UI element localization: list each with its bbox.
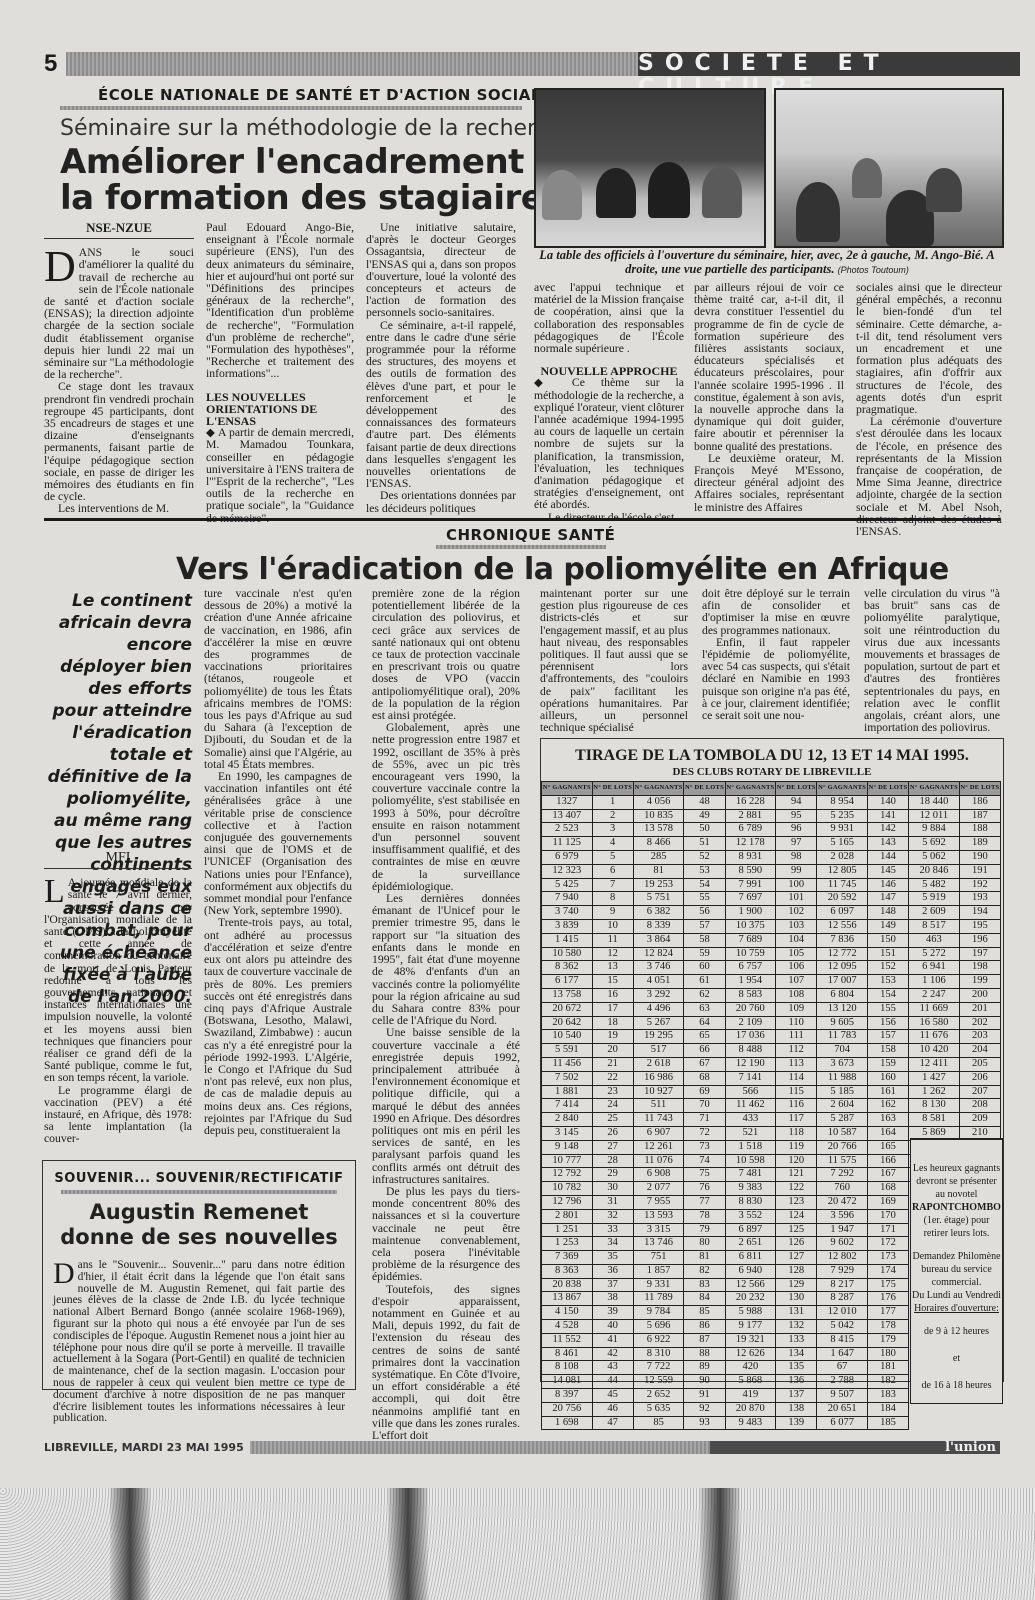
lot-number-cell: 55	[684, 892, 725, 906]
scan-artifact	[700, 1488, 740, 1600]
lot-number-cell: 66	[684, 1044, 725, 1058]
winning-number-cell: 420	[725, 1361, 776, 1375]
winning-number-cell: 2 604	[817, 1099, 868, 1113]
lot-number-cell: 30	[592, 1182, 633, 1196]
lot-number-cell: 132	[776, 1320, 817, 1334]
winning-number-cell: 517	[633, 1044, 684, 1058]
winning-number-cell: 419	[725, 1389, 776, 1403]
lot-number-cell: 62	[684, 988, 725, 1002]
lot-number-cell: 97	[776, 837, 817, 851]
winning-number-cell: 6 811	[725, 1251, 776, 1265]
paragraph: Trente-trois pays, au total, ont adhéré …	[204, 917, 352, 1137]
table-row: 7 5022216 986687 14111411 9881601 427206	[542, 1071, 1001, 1085]
lot-number-cell: 91	[684, 1389, 725, 1403]
lot-number-cell: 155	[867, 1002, 908, 1016]
lot-number-cell: 51	[684, 837, 725, 851]
column-header: N° DE LOTS	[684, 782, 725, 796]
lot-number-cell: 98	[776, 850, 817, 864]
lot-number-cell: 127	[776, 1251, 817, 1265]
column-header: N° DE LOTS	[867, 782, 908, 796]
lot-number-cell: 198	[959, 961, 1000, 975]
lot-number-cell: 76	[684, 1182, 725, 1196]
winning-number-cell: 12 566	[725, 1278, 776, 1292]
winning-number-cell: 5 751	[633, 892, 684, 906]
winning-number-cell: 20 846	[909, 864, 960, 878]
scan-artifact	[110, 1488, 150, 1600]
lot-number-cell: 116	[776, 1099, 817, 1113]
winning-number-cell: 10 580	[542, 947, 593, 961]
footer-banner: LIBREVILLE, MARDI 23 MAI 1995 l'union	[44, 1441, 1000, 1454]
lot-number-cell: 17	[592, 1002, 633, 1016]
masthead-logo: l'union	[945, 1440, 996, 1455]
lot-number-cell: 209	[959, 1113, 1000, 1127]
winning-number-cell: 20 651	[817, 1402, 868, 1416]
winning-number-cell: 8 130	[909, 1099, 960, 1113]
lot-number-cell: 53	[684, 864, 725, 878]
lot-number-cell: 139	[776, 1416, 817, 1430]
winning-number-cell: 85	[633, 1416, 684, 1430]
column-header: N° GAGNANTS	[909, 782, 960, 796]
winning-number-cell: 8 415	[817, 1333, 868, 1347]
paragraph: ◆ Ce thème sur la méthodologie de la rec…	[534, 377, 684, 511]
winning-number-cell: 8 581	[909, 1113, 960, 1127]
dropcap: L	[44, 879, 65, 905]
lot-number-cell: 1	[592, 795, 633, 809]
lot-number-cell: 82	[684, 1264, 725, 1278]
column-header: N° DE LOTS	[959, 782, 1000, 796]
lot-number-cell: 42	[592, 1347, 633, 1361]
lot-number-cell: 181	[867, 1361, 908, 1375]
winning-number-cell: 11 456	[542, 1057, 593, 1071]
lot-number-cell: 23	[592, 1085, 633, 1099]
article1-subtitle: Séminaire sur la méthodologie de la rech…	[60, 116, 575, 141]
lot-number-cell: 95	[776, 809, 817, 823]
article1-column-6: sociales ainsi que le directeur général …	[856, 282, 1002, 538]
paragraph: Le deuxième orateur, M. François Meyé M'…	[694, 453, 844, 514]
winning-number-cell: 566	[725, 1085, 776, 1099]
lot-number-cell: 146	[867, 878, 908, 892]
winning-number-cell: 12 796	[542, 1195, 593, 1209]
person-silhouette	[648, 162, 690, 218]
lot-number-cell: 80	[684, 1237, 725, 1251]
footer-dateline: LIBREVILLE, MARDI 23 MAI 1995	[44, 1441, 250, 1454]
lot-number-cell: 107	[776, 975, 817, 989]
lot-number-cell: 109	[776, 1002, 817, 1016]
lot-number-cell: 126	[776, 1237, 817, 1251]
winning-number-cell: 1 881	[542, 1085, 593, 1099]
lot-number-cell: 103	[776, 919, 817, 933]
lot-number-cell: 113	[776, 1057, 817, 1071]
article3-headline: Augustin Remenet donne de ses nouvelles	[43, 1200, 355, 1250]
article2-column-1: MFI LA journée mondiale de la santé le 7…	[44, 852, 192, 1146]
table-row: 6 9795285528 931982 0281445 062190	[542, 850, 1001, 864]
lot-number-cell: 145	[867, 864, 908, 878]
winning-number-cell: 13 867	[542, 1292, 593, 1306]
lot-number-cell: 189	[959, 837, 1000, 851]
winning-number-cell: 5 988	[725, 1306, 776, 1320]
lot-number-cell: 50	[684, 823, 725, 837]
lot-number-cell: 100	[776, 878, 817, 892]
person-silhouette	[596, 168, 636, 218]
table-row: 13 407210 835492 881955 23514112 011187	[542, 809, 1001, 823]
winning-number-cell: 2 881	[725, 809, 776, 823]
lot-number-cell: 29	[592, 1168, 633, 1182]
notice-hotel: RAPONTCHOMBO	[911, 1201, 1002, 1214]
section-divider	[44, 518, 1000, 521]
winning-number-cell: 8 397	[542, 1389, 593, 1403]
winning-number-cell: 8 830	[725, 1195, 776, 1209]
winning-number-cell: 11 552	[542, 1333, 593, 1347]
winning-number-cell: 12 772	[817, 947, 868, 961]
winning-number-cell: 5 482	[909, 878, 960, 892]
scan-margin	[0, 1488, 1035, 1600]
table-row: 3 839108 3395710 37510312 5561498 517195	[542, 919, 1001, 933]
winning-number-cell: 12 556	[817, 919, 868, 933]
lot-number-cell: 7	[592, 878, 633, 892]
lot-number-cell: 151	[867, 947, 908, 961]
winning-number-cell: 7 955	[633, 1195, 684, 1209]
winning-number-cell: 19 253	[633, 878, 684, 892]
lot-number-cell: 83	[684, 1278, 725, 1292]
winning-number-cell: 1 415	[542, 933, 593, 947]
notice-line: Les heureux gagnants devront se présente…	[911, 1162, 1002, 1201]
lot-number-cell: 191	[959, 864, 1000, 878]
winning-number-cell: 12 824	[633, 947, 684, 961]
tombola-subtitle: DES CLUBS ROTARY DE LIBREVILLE	[541, 766, 1003, 778]
lot-number-cell: 106	[776, 961, 817, 975]
lot-number-cell: 60	[684, 961, 725, 975]
winning-number-cell: 760	[817, 1182, 868, 1196]
winning-number-cell: 9 331	[633, 1278, 684, 1292]
notice-line: Demandez Philomène bureau du service com…	[911, 1250, 1002, 1289]
winning-number-cell: 7 836	[817, 933, 868, 947]
winning-number-cell: 3 864	[633, 933, 684, 947]
lot-number-cell: 93	[684, 1416, 725, 1430]
lot-number-cell: 124	[776, 1209, 817, 1223]
headline-line2: la formation des stagiaires	[60, 180, 574, 216]
winning-number-cell: 2 028	[817, 850, 868, 864]
winning-number-cell: 8 217	[817, 1278, 868, 1292]
lot-number-cell: 199	[959, 975, 1000, 989]
lot-number-cell: 33	[592, 1223, 633, 1237]
lot-number-cell: 177	[867, 1306, 908, 1320]
lot-number-cell: 46	[592, 1402, 633, 1416]
lot-number-cell: 110	[776, 1016, 817, 1030]
winning-number-cell: 20 766	[817, 1140, 868, 1154]
lot-number-cell: 73	[684, 1140, 725, 1154]
kicker-rule	[61, 1190, 337, 1194]
lot-number-cell: 135	[776, 1361, 817, 1375]
lot-number-cell: 68	[684, 1071, 725, 1085]
lot-number-cell: 180	[867, 1347, 908, 1361]
paragraph: maintenant porter sur une gestion plus r…	[540, 588, 688, 734]
lot-number-cell: 183	[867, 1389, 908, 1403]
lot-number-cell: 153	[867, 975, 908, 989]
lot-number-cell: 121	[776, 1168, 817, 1182]
winning-number-cell: 7 414	[542, 1099, 593, 1113]
lot-number-cell: 88	[684, 1347, 725, 1361]
caption-text: La table des officiels à l'ouverture du …	[539, 248, 994, 276]
winning-number-cell: 11 745	[817, 878, 868, 892]
rectificatif-box: SOUVENIR... SOUVENIR/RECTIFICATIF August…	[42, 1160, 356, 1390]
person-silhouette	[702, 166, 742, 218]
lot-number-cell: 140	[867, 795, 908, 809]
article2-byline: MFI	[44, 852, 192, 869]
lot-number-cell: 158	[867, 1044, 908, 1058]
lot-number-cell: 176	[867, 1292, 908, 1306]
winning-number-cell: 9 602	[817, 1237, 868, 1251]
lot-number-cell: 28	[592, 1154, 633, 1168]
lot-number-cell: 125	[776, 1223, 817, 1237]
winning-number-cell: 4 056	[633, 795, 684, 809]
lot-number-cell: 143	[867, 837, 908, 851]
winning-number-cell: 12 095	[817, 961, 868, 975]
table-row: 7 94085 751557 69710120 5921475 919193	[542, 892, 1001, 906]
winning-number-cell: 5 062	[909, 850, 960, 864]
lot-number-cell: 168	[867, 1182, 908, 1196]
winning-number-cell: 9 931	[817, 823, 868, 837]
table-row: 12 323681538 5909912 80514520 846191	[542, 864, 1001, 878]
lot-number-cell: 8	[592, 892, 633, 906]
lot-number-cell: 175	[867, 1278, 908, 1292]
lot-number-cell: 137	[776, 1389, 817, 1403]
lot-number-cell: 164	[867, 1126, 908, 1140]
winning-number-cell: 9 383	[725, 1182, 776, 1196]
winning-number-cell: 6 804	[817, 988, 868, 1002]
lot-number-cell: 40	[592, 1320, 633, 1334]
tombola-title: TIRAGE DE LA TOMBOLA DU 12, 13 ET 14 MAI…	[541, 747, 1003, 765]
lot-number-cell: 128	[776, 1264, 817, 1278]
winning-number-cell: 13 578	[633, 823, 684, 837]
winning-number-cell: 9 483	[725, 1416, 776, 1430]
winning-number-cell: 7 502	[542, 1071, 593, 1085]
lot-number-cell: 203	[959, 1030, 1000, 1044]
winning-number-cell: 3 596	[817, 1209, 868, 1223]
lot-number-cell: 9	[592, 906, 633, 920]
winning-number-cell: 1 698	[542, 1416, 593, 1430]
winning-number-cell: 5 635	[633, 1402, 684, 1416]
winning-number-cell: 6 941	[909, 961, 960, 975]
winning-number-cell: 12 261	[633, 1140, 684, 1154]
lot-number-cell: 171	[867, 1223, 908, 1237]
winning-number-cell: 20 592	[817, 892, 868, 906]
winning-number-cell: 8 287	[817, 1292, 868, 1306]
paragraph: Ce stage dont les travaux prendront fin …	[44, 381, 194, 503]
person-silhouette	[542, 170, 582, 220]
tombola-box: TIRAGE DE LA TOMBOLA DU 12, 13 ET 14 MAI…	[540, 738, 1004, 1382]
winning-number-cell: 8 954	[817, 795, 868, 809]
paragraph: première zone de la région potentielleme…	[372, 588, 520, 722]
article2-column-6: velle circulation du virus "à bas bruit"…	[864, 588, 1000, 734]
winning-number-cell: 8 461	[542, 1347, 593, 1361]
winning-number-cell: 1 647	[817, 1347, 868, 1361]
winning-number-cell: 5 696	[633, 1320, 684, 1334]
winning-number-cell: 6 897	[725, 1223, 776, 1237]
winning-number-cell: 67	[817, 1361, 868, 1375]
paragraph: Les interventions de M.	[44, 503, 194, 515]
winning-number-cell: 1 262	[909, 1085, 960, 1099]
dropcap: D	[44, 249, 76, 285]
lot-number-cell: 81	[684, 1251, 725, 1265]
lot-number-cell: 32	[592, 1209, 633, 1223]
winning-number-cell: 9 148	[542, 1140, 593, 1154]
winning-number-cell: 10 375	[725, 919, 776, 933]
notice-spacer	[909, 1416, 1001, 1430]
winning-number-cell: 9 177	[725, 1320, 776, 1334]
article1-column-2: Paul Edouard Ango-Bie, enseignant à l'Éc…	[206, 222, 354, 525]
winning-number-cell: 10 759	[725, 947, 776, 961]
lot-number-cell: 160	[867, 1071, 908, 1085]
table-row: 11 12548 4665112 178975 1651435 692189	[542, 837, 1001, 851]
page-number: 5	[44, 50, 57, 78]
lot-number-cell: 44	[592, 1375, 633, 1389]
lot-number-cell: 63	[684, 1002, 725, 1016]
winning-number-cell: 8 362	[542, 961, 593, 975]
lot-number-cell: 101	[776, 892, 817, 906]
lot-number-cell: 129	[776, 1278, 817, 1292]
winning-number-cell: 6 979	[542, 850, 593, 864]
lot-number-cell: 152	[867, 961, 908, 975]
winning-number-cell: 12 411	[909, 1057, 960, 1071]
lot-number-cell: 94	[776, 795, 817, 809]
winning-number-cell: 6 077	[817, 1416, 868, 1430]
lot-number-cell: 108	[776, 988, 817, 1002]
lot-number-cell: 119	[776, 1140, 817, 1154]
winning-number-cell: 1327	[542, 795, 593, 809]
winning-number-cell: 20 760	[725, 1002, 776, 1016]
table-row: 11 456212 6186712 1901133 67315912 41120…	[542, 1057, 1001, 1071]
winning-number-cell: 11 743	[633, 1113, 684, 1127]
winning-number-cell: 10 598	[725, 1154, 776, 1168]
winning-number-cell: 11 669	[909, 1002, 960, 1016]
winning-number-cell: 5 165	[817, 837, 868, 851]
winning-number-cell: 17 036	[725, 1030, 776, 1044]
winning-number-cell: 20 672	[542, 1002, 593, 1016]
winning-number-cell: 6 097	[817, 906, 868, 920]
winning-number-cell: 13 593	[633, 1209, 684, 1223]
winning-number-cell: 6 382	[633, 906, 684, 920]
winning-number-cell: 463	[909, 933, 960, 947]
lot-number-cell: 201	[959, 1002, 1000, 1016]
lot-number-cell: 187	[959, 809, 1000, 823]
table-row: 132714 0564816 228948 95414018 440186	[542, 795, 1001, 809]
column-header: N° GAGNANTS	[633, 782, 684, 796]
winning-number-cell: 5 042	[817, 1320, 868, 1334]
lot-number-cell: 57	[684, 919, 725, 933]
lot-number-cell: 138	[776, 1402, 817, 1416]
lot-number-cell: 190	[959, 850, 1000, 864]
lot-number-cell: 20	[592, 1044, 633, 1058]
lot-number-cell: 142	[867, 823, 908, 837]
winning-number-cell: 13 120	[817, 1002, 868, 1016]
table-row: 5 59120517668 48811270415810 420204	[542, 1044, 1001, 1058]
lot-number-cell: 188	[959, 823, 1000, 837]
lot-number-cell: 141	[867, 809, 908, 823]
winning-number-cell: 4 496	[633, 1002, 684, 1016]
table-row: 1 8812310 927695661155 1851611 262207	[542, 1085, 1001, 1099]
paragraph: Les dernières données émanant de l'Unice…	[372, 893, 520, 1027]
scan-artifact	[388, 1488, 428, 1600]
winning-number-cell: 2 651	[725, 1237, 776, 1251]
lot-number-cell: 147	[867, 892, 908, 906]
winning-number-cell: 4 051	[633, 975, 684, 989]
lot-number-cell: 56	[684, 906, 725, 920]
winning-number-cell: 12 011	[909, 809, 960, 823]
lot-number-cell: 67	[684, 1057, 725, 1071]
lot-number-cell: 38	[592, 1292, 633, 1306]
winning-number-cell: 10 587	[817, 1126, 868, 1140]
article2-column-4: maintenant porter sur une gestion plus r…	[540, 588, 688, 734]
lot-number-cell: 59	[684, 947, 725, 961]
lot-number-cell: 193	[959, 892, 1000, 906]
lot-number-cell: 161	[867, 1085, 908, 1099]
winning-number-cell: 10 777	[542, 1154, 593, 1168]
lot-number-cell: 78	[684, 1209, 725, 1223]
winning-number-cell: 5 287	[817, 1113, 868, 1127]
lot-number-cell: 134	[776, 1347, 817, 1361]
person-silhouette	[926, 168, 962, 212]
winning-number-cell: 81	[633, 864, 684, 878]
lot-number-cell: 165	[867, 1140, 908, 1154]
lot-number-cell: 207	[959, 1085, 1000, 1099]
winning-number-cell: 7 689	[725, 933, 776, 947]
winning-number-cell: 433	[725, 1113, 776, 1127]
winning-number-cell: 5 425	[542, 878, 593, 892]
winning-number-cell: 10 927	[633, 1085, 684, 1099]
column-header: N° DE LOTS	[776, 782, 817, 796]
table-row: 13 758163 292628 5831086 8041542 247200	[542, 988, 1001, 1002]
winning-number-cell: 13 746	[633, 1237, 684, 1251]
winning-number-cell: 4 150	[542, 1306, 593, 1320]
lot-number-cell: 157	[867, 1030, 908, 1044]
lot-number-cell: 41	[592, 1333, 633, 1347]
winning-number-cell: 13 407	[542, 809, 593, 823]
lot-number-cell: 37	[592, 1278, 633, 1292]
lot-number-cell: 195	[959, 919, 1000, 933]
article2-column-2: ture vaccinale n'est qu'en dessous de 20…	[204, 588, 352, 1137]
section-banner-dark: SOCIETE ET CULTURE	[638, 52, 1020, 76]
winning-number-cell: 20 642	[542, 1016, 593, 1030]
lot-number-cell: 115	[776, 1085, 817, 1099]
winning-number-cell: 1 857	[633, 1264, 684, 1278]
winning-number-cell: 285	[633, 850, 684, 864]
article3-body: Dans le "Souvenir... Souvenir..." paru d…	[53, 1260, 345, 1425]
lot-number-cell: 70	[684, 1099, 725, 1113]
winning-number-cell: 18 440	[909, 795, 960, 809]
winning-number-cell: 8 339	[633, 919, 684, 933]
lot-number-cell: 185	[867, 1416, 908, 1430]
lot-number-cell: 136	[776, 1375, 817, 1389]
tombola-table-wrap: N° GAGNANTSN° DE LOTSN° GAGNANTSN° DE LO…	[541, 781, 1003, 1430]
lot-number-cell: 12	[592, 947, 633, 961]
winning-number-cell: 10 782	[542, 1182, 593, 1196]
winning-number-cell: 5 185	[817, 1085, 868, 1099]
photo-credit: (Photos Toutoum)	[838, 265, 909, 275]
article1-byline: NSE-NZUE	[44, 222, 194, 239]
winning-number-cell: 704	[817, 1044, 868, 1058]
photo-participants	[774, 88, 1004, 248]
winning-number-cell: 16 986	[633, 1071, 684, 1085]
winning-number-cell: 20 870	[725, 1402, 776, 1416]
lot-number-cell: 77	[684, 1195, 725, 1209]
lot-number-cell: 24	[592, 1099, 633, 1113]
lot-number-cell: 202	[959, 1016, 1000, 1030]
winning-number-cell: 6 789	[725, 823, 776, 837]
footer-dark-band: l'union	[710, 1441, 1000, 1454]
winning-number-cell: 3 552	[725, 1209, 776, 1223]
article2-column-3: première zone de la région potentielleme…	[372, 588, 520, 1442]
lot-number-cell: 200	[959, 988, 1000, 1002]
